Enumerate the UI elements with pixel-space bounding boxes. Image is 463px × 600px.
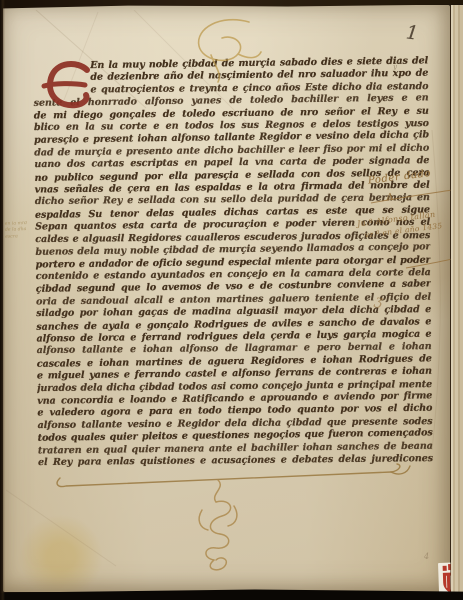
manuscript-scan: En la muy noble çibdad de murçia sabado … <box>0 0 463 600</box>
faint-margin-mark-top: ỹ <box>393 63 397 71</box>
faint-margin-mark-bottom: 4 <box>424 552 429 561</box>
parchment-page: En la muy noble çibdad de murçia sabado … <box>3 5 450 592</box>
notarial-sign-ornament <box>199 480 237 570</box>
folio-stack-edge <box>450 5 463 592</box>
left-margin-note: en la mrdde la dhaescra <box>5 220 50 241</box>
folio-number: 1 <box>405 21 420 44</box>
manuscript-line: el Rey para enlas quistiones e acusaçion… <box>38 453 433 469</box>
binding-gutter-left <box>0 0 5 600</box>
right-margin-note: Poder dado A Ju.º Alfonso tallan vz.º en… <box>350 165 463 241</box>
manuscript-text-block: En la muy noble çibdad de murçia sabado … <box>33 56 433 473</box>
